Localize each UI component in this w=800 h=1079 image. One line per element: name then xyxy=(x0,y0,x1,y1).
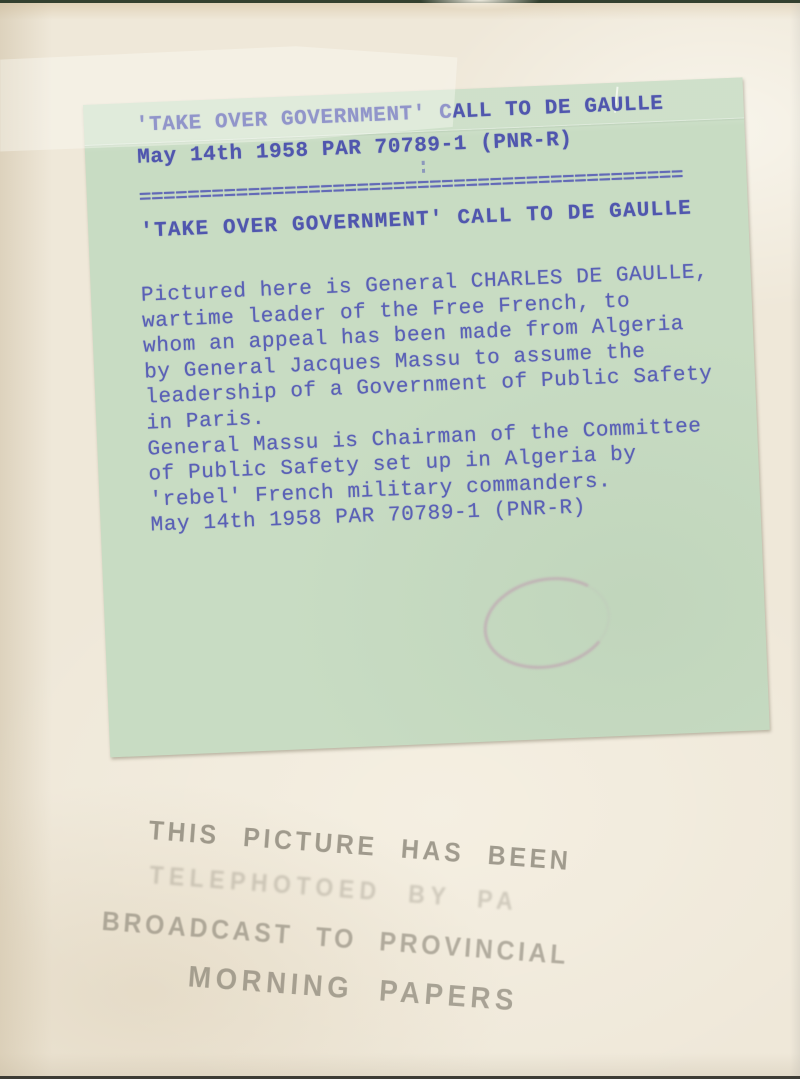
photo-back-scan: 'TAKE OVER GOVERNMENT' CALL TO DE GAULLE… xyxy=(0,0,800,1079)
stamp-line: MORNING PAPERS xyxy=(187,960,519,1018)
agency-stamp: THIS PICTURE HAS BEEN TELEPHOTOED BY PA … xyxy=(93,812,587,1057)
caption-body: Pictured here is General CHARLES DE GAUL… xyxy=(141,260,719,539)
pink-ink-mark xyxy=(475,566,618,680)
ink-speck xyxy=(422,161,425,173)
scan-top-edge xyxy=(0,0,800,3)
caption-card: 'TAKE OVER GOVERNMENT' CALL TO DE GAULLE… xyxy=(83,77,770,757)
torn-paper-notch xyxy=(420,0,540,12)
stamp-line: TELEPHOTOED BY PA xyxy=(148,861,519,917)
